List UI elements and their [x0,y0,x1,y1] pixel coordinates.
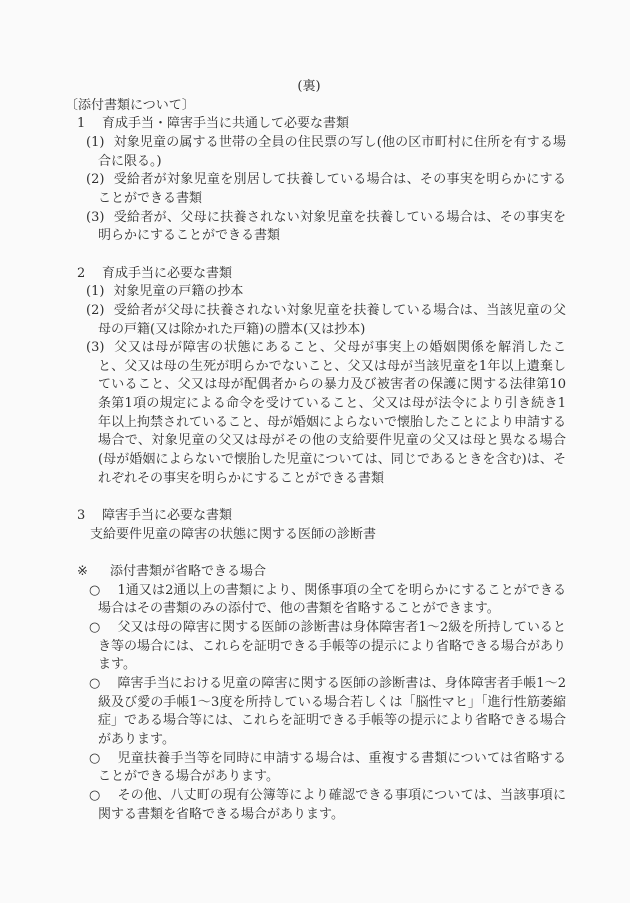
notes-item-5: ○その他、八丈町の現有公簿等により確認できる事項については、当該事項に関する書類… [98,787,566,824]
section-2-item-3: (3)父又は母が障害の状態にあること、父母が事実上の婚姻関係を解消したこと、父又… [98,339,566,488]
item-text: 受給者が、父母に扶養されない対象児童を扶養している場合は、その事実を明らかにする… [98,210,566,244]
document-page: (裏) 〔添付書類について〕 1育成手当・障害手当に共通して必要な書類 (1)対… [0,0,630,903]
doc-title: 〔添付書類について〕 [65,97,630,116]
item-marker: (2) [86,303,104,318]
section-1-title: 育成手当・障害手当に共通して必要な書類 [102,116,349,131]
item-text: 1通又は2通以上の書類により、関係事項の全てを明らかにすることができる場合はその… [98,583,566,617]
section-2-item-2: (2)受給者が父母に扶養されない対象児童を扶養している場合は、当該児童の父母の戸… [98,302,566,339]
section-2-number: 2 [77,265,102,284]
circle-bullet-icon: ○ [89,620,100,635]
notes-item-3: ○障害手当における児童の障害に関する医師の診断書は、身体障害者手帳1～2級及び愛… [98,675,566,750]
section-1-item-1: (1)対象児童の属する世帯の全員の住民票の写し(他の区市町村に住所を有する場合に… [98,134,566,171]
section-3-title: 障害手当に必要な書類 [102,508,232,523]
section-1-heading: 1育成手当・障害手当に共通して必要な書類 [77,115,630,134]
reference-mark-icon: ※ [77,563,110,582]
section-1-item-3: (3)受給者が、父母に扶養されない対象児童を扶養している場合は、その事実を明らか… [98,209,566,246]
section-2: 2育成手当に必要な書類 (1)対象児童の戸籍の抄本 (2)受給者が父母に扶養され… [0,265,630,489]
item-text: 児童扶養手当等を同時に申請する場合は、重複する書類については省略することができる… [98,751,566,785]
section-1-item-2: (2)受給者が対象児童を別居して扶養している場合は、その事実を明らかにすることが… [98,171,566,208]
circle-bullet-icon: ○ [89,751,101,766]
section-3-number: 3 [77,507,102,526]
item-marker: (3) [86,340,104,355]
item-marker: (3) [86,210,104,225]
notes-item-4: ○児童扶養手当等を同時に申請する場合は、重複する書類については省略することができ… [98,750,566,787]
notes-heading: ※添付書類が省略できる場合 [77,563,630,582]
item-text: 父又は母の障害に関する医師の診断書は身体障害者1～2級を所持しているとき等の場合… [98,620,566,672]
notes-item-1: ○1通又は2通以上の書類により、関係事項の全てを明らかにすることができる場合はそ… [98,582,566,619]
circle-bullet-icon: ○ [89,676,100,691]
notes-item-2: ○父又は母の障害に関する医師の診断書は身体障害者1～2級を所持しているとき等の場… [98,619,566,675]
document-content: (裏) 〔添付書類について〕 1育成手当・障害手当に共通して必要な書類 (1)対… [0,78,630,824]
item-text: 障害手当における児童の障害に関する医師の診断書は、身体障害者手帳1～2級及び愛の… [98,676,566,747]
section-2-heading: 2育成手当に必要な書類 [77,265,630,284]
notes-title: 添付書類が省略できる場合 [110,564,266,579]
section-1: 1育成手当・障害手当に共通して必要な書類 (1)対象児童の属する世帯の全員の住民… [0,115,630,246]
item-text: 受給者が対象児童を別居して扶養している場合は、その事実を明らかにすることができる… [98,172,566,206]
section-1-number: 1 [77,115,102,134]
item-text: 受給者が父母に扶養されない対象児童を扶養している場合は、当該児童の父母の戸籍(又… [98,303,566,337]
item-marker: (1) [86,135,104,150]
item-marker: (2) [86,172,104,187]
item-marker: (1) [86,284,104,299]
section-3: 3障害手当に必要な書類 支給要件児童の障害の状態に関する医師の診断書 [0,507,630,544]
item-text: 父又は母が障害の状態にあること、父母が事実上の婚姻関係を解消したこと、父又は母の… [98,340,566,486]
section-2-title: 育成手当に必要な書類 [102,266,232,281]
item-text: 対象児童の属する世帯の全員の住民票の写し(他の区市町村に住所を有する場合に限る。… [98,135,566,169]
section-2-item-1: (1)対象児童の戸籍の抄本 [98,283,566,302]
notes-section: ※添付書類が省略できる場合 ○1通又は2通以上の書類により、関係事項の全てを明ら… [0,563,630,824]
section-3-body: 支給要件児童の障害の状態に関する医師の診断書 [90,526,630,545]
page-side-label: (裏) [0,78,630,97]
circle-bullet-icon: ○ [89,788,101,803]
item-text: その他、八丈町の現有公簿等により確認できる事項については、当該事項に関する書類を… [98,788,566,822]
circle-bullet-icon: ○ [89,583,100,598]
section-3-heading: 3障害手当に必要な書類 [77,507,630,526]
item-text: 対象児童の戸籍の抄本 [113,284,243,299]
